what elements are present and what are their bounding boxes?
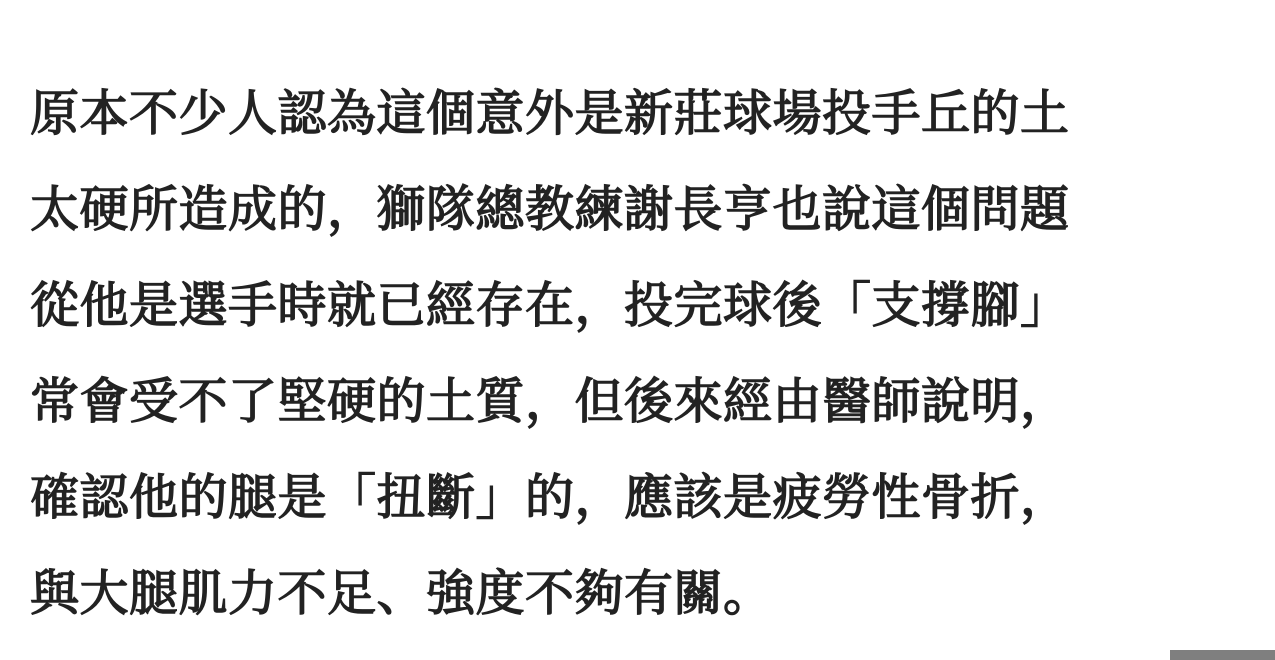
paragraph-line: 確認他的腿是「扭斷」的，應該是疲勞性骨折， (30, 450, 1210, 546)
paragraph-line: 與大腿肌力不足、強度不夠有關。 (30, 546, 1210, 642)
paragraph-line: 從他是選手時就已經存在，投完球後「支撐腳」 (30, 258, 1210, 354)
paragraph-line: 太硬所造成的，獅隊總教練謝長亨也說這個問題 (30, 162, 1210, 258)
paragraph-line: 原本不少人認為這個意外是新莊球場投手丘的土 (30, 66, 1210, 162)
page: 原本不少人認為這個意外是新莊球場投手丘的土 太硬所造成的，獅隊總教練謝長亨也說這… (0, 0, 1275, 660)
scrollbar-thumb[interactable] (1170, 650, 1275, 660)
article-paragraph: 原本不少人認為這個意外是新莊球場投手丘的土 太硬所造成的，獅隊總教練謝長亨也說這… (30, 66, 1210, 642)
paragraph-line: 常會受不了堅硬的土質，但後來經由醫師說明， (30, 354, 1210, 450)
